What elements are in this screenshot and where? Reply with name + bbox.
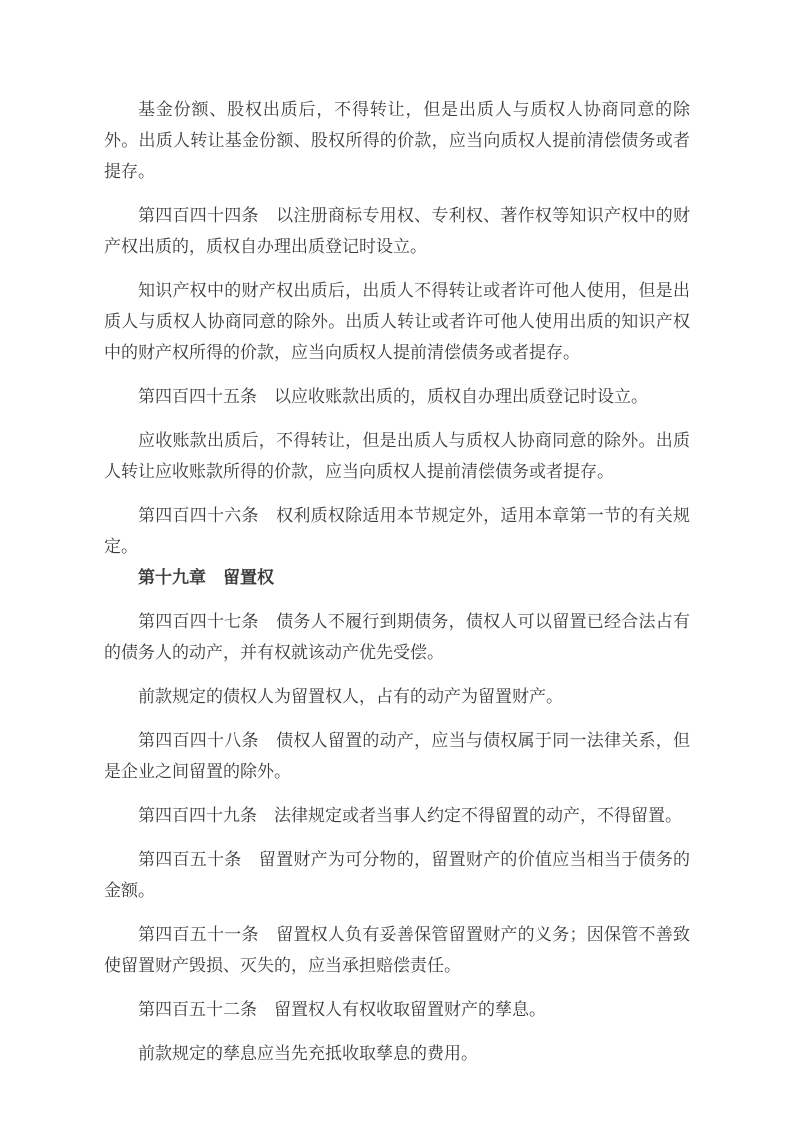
article-444-para-2: 知识产权中的财产权出质后，出质人不得转让或者许可他人使用，但是出质人与质权人协商… [104, 276, 690, 369]
document-page: 基金份额、股权出质后，不得转让，但是出质人与质权人协商同意的除外。出质人转让基金… [0, 0, 793, 1122]
article-447-para-2: 前款规定的债权人为留置权人，占有的动产为留置财产。 [104, 682, 690, 713]
article-444: 第四百四十四条 以注册商标专用权、专利权、著作权等知识产权中的财产权出质的，质权… [104, 201, 690, 263]
article-446: 第四百四十六条 权利质权除适用本节规定外，适用本章第一节的有关规定。 [104, 501, 690, 563]
article-445-para-2: 应收账款出质后，不得转让，但是出质人与质权人协商同意的除外。出质人转让应收账款所… [104, 426, 690, 488]
article-448: 第四百四十八条 债权人留置的动产，应当与债权属于同一法律关系，但是企业之间留置的… [104, 726, 690, 788]
chapter-19-heading: 第十九章 留置权 [104, 563, 690, 594]
article-452-para-2: 前款规定的孳息应当先充抵收取孳息的费用。 [104, 1039, 690, 1070]
article-449: 第四百四十九条 法律规定或者当事人约定不得留置的动产，不得留置。 [104, 801, 690, 832]
paragraph-fund-share-pledge-transfer: 基金份额、股权出质后，不得转让，但是出质人与质权人协商同意的除外。出质人转让基金… [104, 95, 690, 188]
article-451: 第四百五十一条 留置权人负有妥善保管留置财产的义务；因保管不善致使留置财产毁损、… [104, 920, 690, 982]
article-445: 第四百四十五条 以应收账款出质的，质权自办理出质登记时设立。 [104, 382, 690, 413]
article-452: 第四百五十二条 留置权人有权收取留置财产的孳息。 [104, 995, 690, 1026]
article-450: 第四百五十条 留置财产为可分物的，留置财产的价值应当相当于债务的金额。 [104, 845, 690, 907]
article-447: 第四百四十七条 债务人不履行到期债务，债权人可以留置已经合法占有的债务人的动产，… [104, 607, 690, 669]
